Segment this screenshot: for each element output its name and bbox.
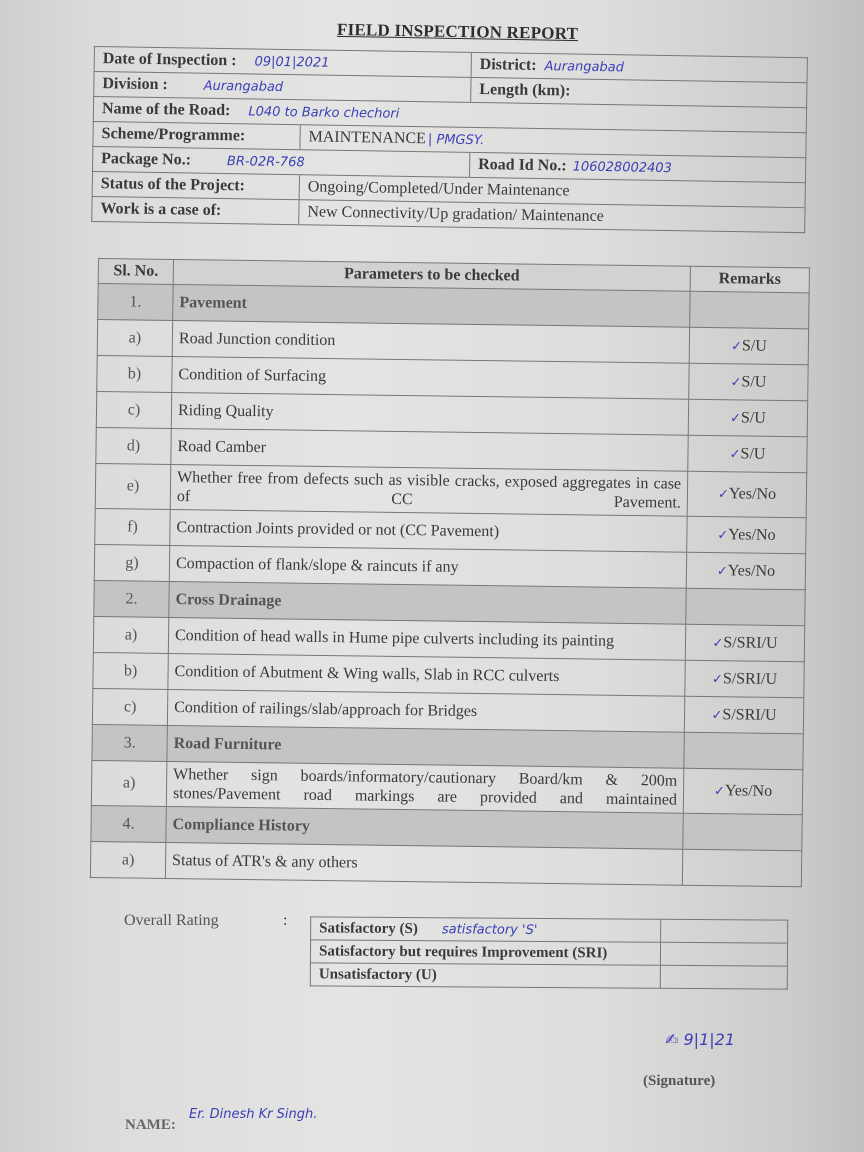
col-remarks-header: Remarks <box>690 266 809 293</box>
remark-options: S/SRI/U <box>723 670 777 688</box>
check-mark-icon: ✓ <box>712 672 723 687</box>
remark-options: S/U <box>742 337 767 354</box>
inspection-report-page: FIELD INSPECTION REPORT Date of Inspecti… <box>0 0 864 1152</box>
length-label: Length (km): <box>479 81 570 100</box>
road-name-value: L040 to Barko chechori <box>248 104 399 121</box>
item-sl: b) <box>97 355 172 392</box>
road-id-label: Road Id No.: <box>478 156 567 175</box>
remark-options: Yes/No <box>728 526 775 544</box>
section-number: 4. <box>91 805 166 842</box>
section-number: 1. <box>98 284 173 321</box>
division-value: Aurangabad <box>204 78 284 94</box>
item-parameter: Whether free from defects such as visibl… <box>170 464 688 516</box>
overall-rating-colon: : <box>283 912 287 930</box>
road-name-label: Name of the Road: <box>102 100 231 120</box>
check-mark-icon: ✓ <box>730 411 741 426</box>
report-title: FIELD INSPECTION REPORT <box>337 20 578 44</box>
item-sl: b) <box>93 652 168 689</box>
report-header-table: Date of Inspection : 09|01|2021 District… <box>91 46 808 233</box>
district-value: Aurangabad <box>544 59 624 75</box>
check-mark-icon: ✓ <box>714 784 725 799</box>
remark-options: Yes/No <box>729 485 776 503</box>
item-remark: ✓Yes/No <box>686 552 805 590</box>
item-remark: ✓S/U <box>688 435 807 473</box>
item-parameter: Status of ATR's & any others <box>165 842 682 885</box>
overall-rating-box: Satisfactory (S)satisfactory 'S' Satisfa… <box>310 916 788 989</box>
rating-option-row: Unsatisfactory (U) <box>310 963 787 989</box>
remark-options: S/SRI/U <box>723 634 777 652</box>
item-sl: d) <box>96 427 171 464</box>
rating-option-label: Satisfactory (S) <box>319 920 418 937</box>
item-remark <box>682 849 801 887</box>
rating-option: Satisfactory (S)satisfactory 'S' <box>311 917 661 942</box>
item-sl: e) <box>95 463 171 509</box>
overall-rating-label: Overall Rating <box>124 912 219 930</box>
item-sl: g) <box>94 544 169 581</box>
remark-options: Yes/No <box>728 562 775 580</box>
check-mark-icon: ✓ <box>717 564 728 579</box>
item-sl: c) <box>92 688 167 725</box>
check-mark-icon: ✓ <box>731 339 742 354</box>
check-mark-icon: ✓ <box>730 375 741 390</box>
item-remark: ✓Yes/No <box>687 471 807 518</box>
section-number: 2. <box>94 580 169 617</box>
rating-mark-cell <box>660 965 787 989</box>
rating-option-label: Satisfactory but requires Improvement (S… <box>319 943 607 961</box>
item-sl: c) <box>96 391 171 428</box>
check-mark-icon: ✓ <box>712 636 723 651</box>
check-mark-icon: ✓ <box>718 487 729 502</box>
item-sl: f) <box>95 508 170 545</box>
section-remarks-blank <box>684 732 803 770</box>
rating-option-row: Satisfactory but requires Improvement (S… <box>310 940 787 966</box>
item-sl: a) <box>90 841 165 878</box>
signature-mark: ✍ 9|1|21 <box>665 1030 735 1049</box>
date-label: Date of Inspection : <box>103 50 237 70</box>
item-remark: ✓S/U <box>688 399 807 437</box>
item-remark: ✓S/SRI/U <box>685 660 804 698</box>
scheme-label: Scheme/Programme: <box>93 122 299 149</box>
rating-mark-cell <box>661 919 788 943</box>
road-id-value: 106028002403 <box>573 159 672 176</box>
package-label: Package No.: <box>101 150 191 169</box>
item-remark: ✓S/U <box>689 363 808 401</box>
overall-rating-table: Satisfactory (S)satisfactory 'S' Satisfa… <box>310 916 788 989</box>
section-remarks-blank <box>690 291 809 329</box>
check-mark-icon: ✓ <box>711 708 722 723</box>
rating-option-label: Unsatisfactory (U) <box>319 966 437 983</box>
rating-mark-cell <box>660 942 787 966</box>
status-label: Status of the Project: <box>93 172 299 199</box>
parameters-table: Sl. No. Parameters to be checked Remarks… <box>90 258 810 887</box>
division-label: Division : <box>102 75 168 94</box>
work-case-label: Work is a case of: <box>92 197 298 224</box>
date-value: 09|01|2021 <box>254 54 329 70</box>
district-label: District: <box>480 56 537 75</box>
section-remarks-blank <box>686 588 805 626</box>
scheme-handwritten: | PMGSY. <box>428 132 485 148</box>
package-value: BR-02R-768 <box>227 154 305 170</box>
parameters-table-wrap: Sl. No. Parameters to be checked Remarks… <box>90 258 810 887</box>
section-number: 3. <box>92 724 167 761</box>
scheme-value: MAINTENANCE <box>308 128 426 148</box>
rating-option-row: Satisfactory (S)satisfactory 'S' <box>311 917 788 943</box>
signature-label: (Signature) <box>643 1073 715 1090</box>
remark-options: S/U <box>741 373 766 390</box>
item-remark: ✓S/U <box>689 327 808 365</box>
remark-options: Yes/No <box>725 782 772 800</box>
check-mark-icon: ✓ <box>729 447 740 462</box>
col-sl-header: Sl. No. <box>98 259 173 285</box>
item-remark: ✓Yes/No <box>687 516 806 554</box>
item-remark: ✓S/SRI/U <box>684 696 803 734</box>
item-sl: a) <box>93 616 168 653</box>
remark-options: S/U <box>740 445 765 462</box>
name-label: NAME: <box>125 1117 176 1134</box>
remark-options: S/SRI/U <box>722 706 776 724</box>
item-remark: ✓Yes/No <box>683 768 803 815</box>
rating-option: Satisfactory but requires Improvement (S… <box>310 940 660 965</box>
name-value: Er. Dinesh Kr Singh. <box>189 1107 317 1122</box>
rating-handwritten: satisfactory 'S' <box>442 922 538 938</box>
rating-option: Unsatisfactory (U) <box>310 963 660 988</box>
remark-options: S/U <box>741 409 766 426</box>
item-sl: a) <box>97 320 172 357</box>
check-mark-icon: ✓ <box>717 528 728 543</box>
item-remark: ✓S/SRI/U <box>685 624 804 662</box>
section-remarks-blank <box>683 813 802 851</box>
item-sl: a) <box>91 760 167 806</box>
item-parameter: Whether sign boards/informatory/cautiona… <box>166 761 684 813</box>
